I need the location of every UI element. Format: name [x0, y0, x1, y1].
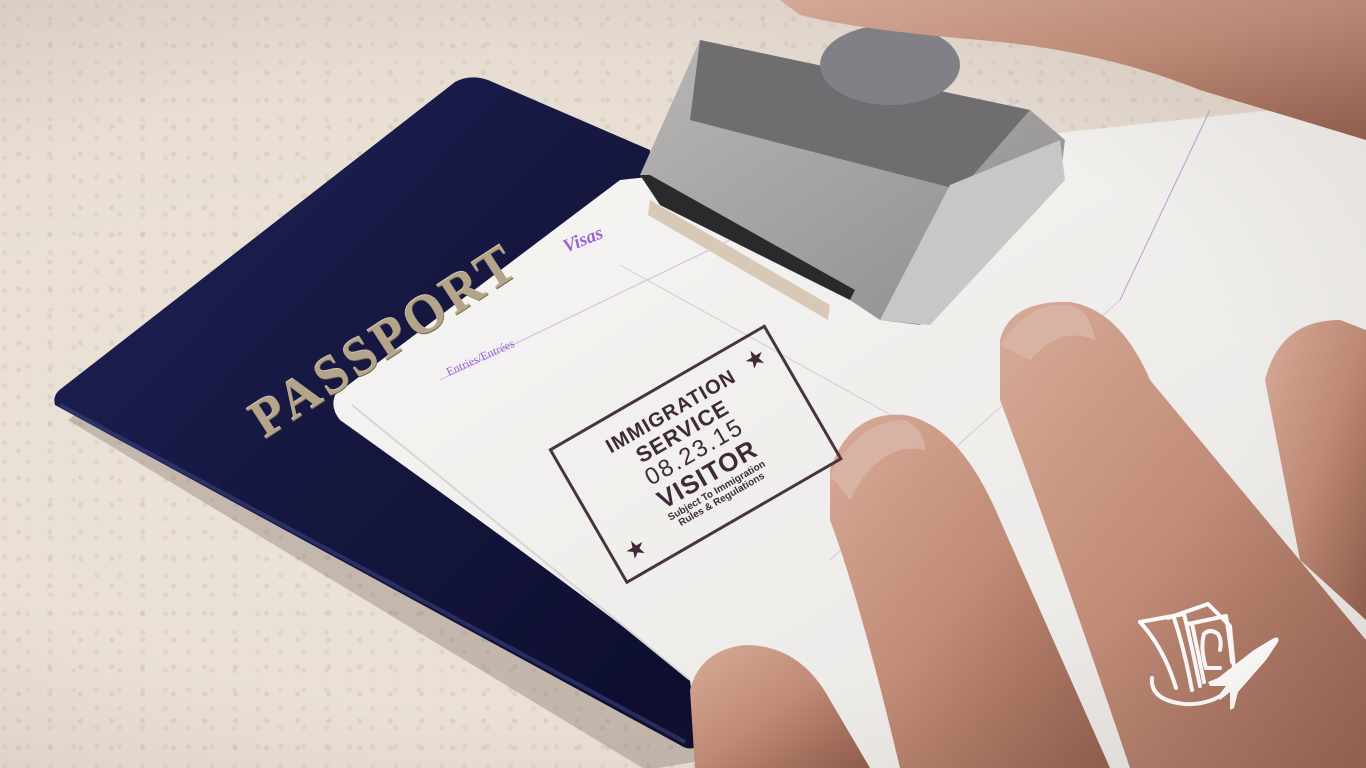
passport-airplane-logo-icon: [1134, 588, 1284, 718]
photo-scene: PASSPORT Visas Entries/Entrées ★ ★ IMMIG…: [0, 0, 1366, 768]
